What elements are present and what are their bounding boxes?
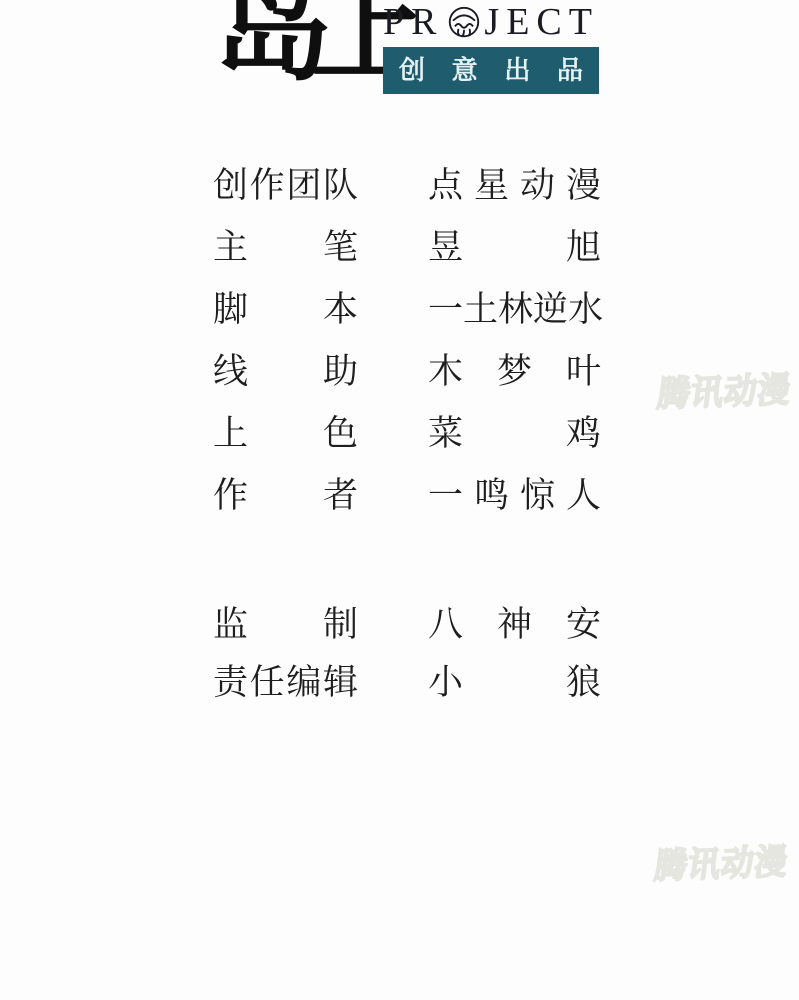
credit-row-team: 创作团队 点星动漫: [213, 168, 613, 204]
credit-value: 八神安: [428, 607, 601, 643]
credit-label: 主笔: [213, 230, 358, 266]
project-text-left: PR: [383, 2, 443, 42]
credit-value: 木梦叶: [428, 354, 601, 390]
credit-row-author: 作者 一鸣惊人: [213, 478, 613, 514]
credit-row-script: 脚本 一土林逆水: [213, 292, 613, 328]
credit-row-supervisor: 监制 八神安: [213, 607, 613, 643]
logo-cjk-title: 岛上: [214, 0, 406, 92]
credits-list: 创作团队 点星动漫 主笔 昱旭 脚本 一土林逆水 线助 木梦叶 上色 菜鸡 作者…: [213, 168, 613, 727]
credit-row-editor: 责任编辑 小狼: [213, 665, 613, 701]
logo-right-block: PR JECT 创意出品: [383, 2, 599, 94]
project-text-right: JECT: [484, 2, 599, 42]
banner-creative-production: 创意出品: [383, 47, 599, 94]
credit-label: 线助: [213, 354, 358, 390]
credit-label: 上色: [213, 416, 358, 452]
credit-value: 小狼: [428, 665, 601, 701]
tencent-comics-watermark: 腾讯动漫: [652, 834, 797, 889]
credit-label: 脚本: [213, 292, 358, 328]
comic-credits-page: 岛上 PR JECT 创意出品 创: [0, 0, 799, 1000]
credit-row-lead-artist: 主笔 昱旭: [213, 230, 613, 266]
credit-label: 责任编辑: [213, 665, 358, 701]
jellyfish-icon: [445, 4, 483, 50]
credit-value: 昱旭: [428, 230, 601, 266]
credit-label: 创作团队: [213, 168, 358, 204]
tencent-comics-watermark: 腾讯动漫: [655, 362, 799, 417]
credit-row-coloring: 上色 菜鸡: [213, 416, 613, 452]
credit-value: 一土林逆水: [428, 292, 601, 328]
credit-value: 一鸣惊人: [428, 478, 601, 514]
credit-value: 点星动漫: [428, 168, 601, 204]
credit-label: 作者: [213, 478, 358, 514]
credit-row-line-assist: 线助 木梦叶: [213, 354, 613, 390]
credit-label: 监制: [213, 607, 358, 643]
project-wordmark: PR JECT: [383, 2, 599, 46]
credit-value: 菜鸡: [428, 416, 601, 452]
